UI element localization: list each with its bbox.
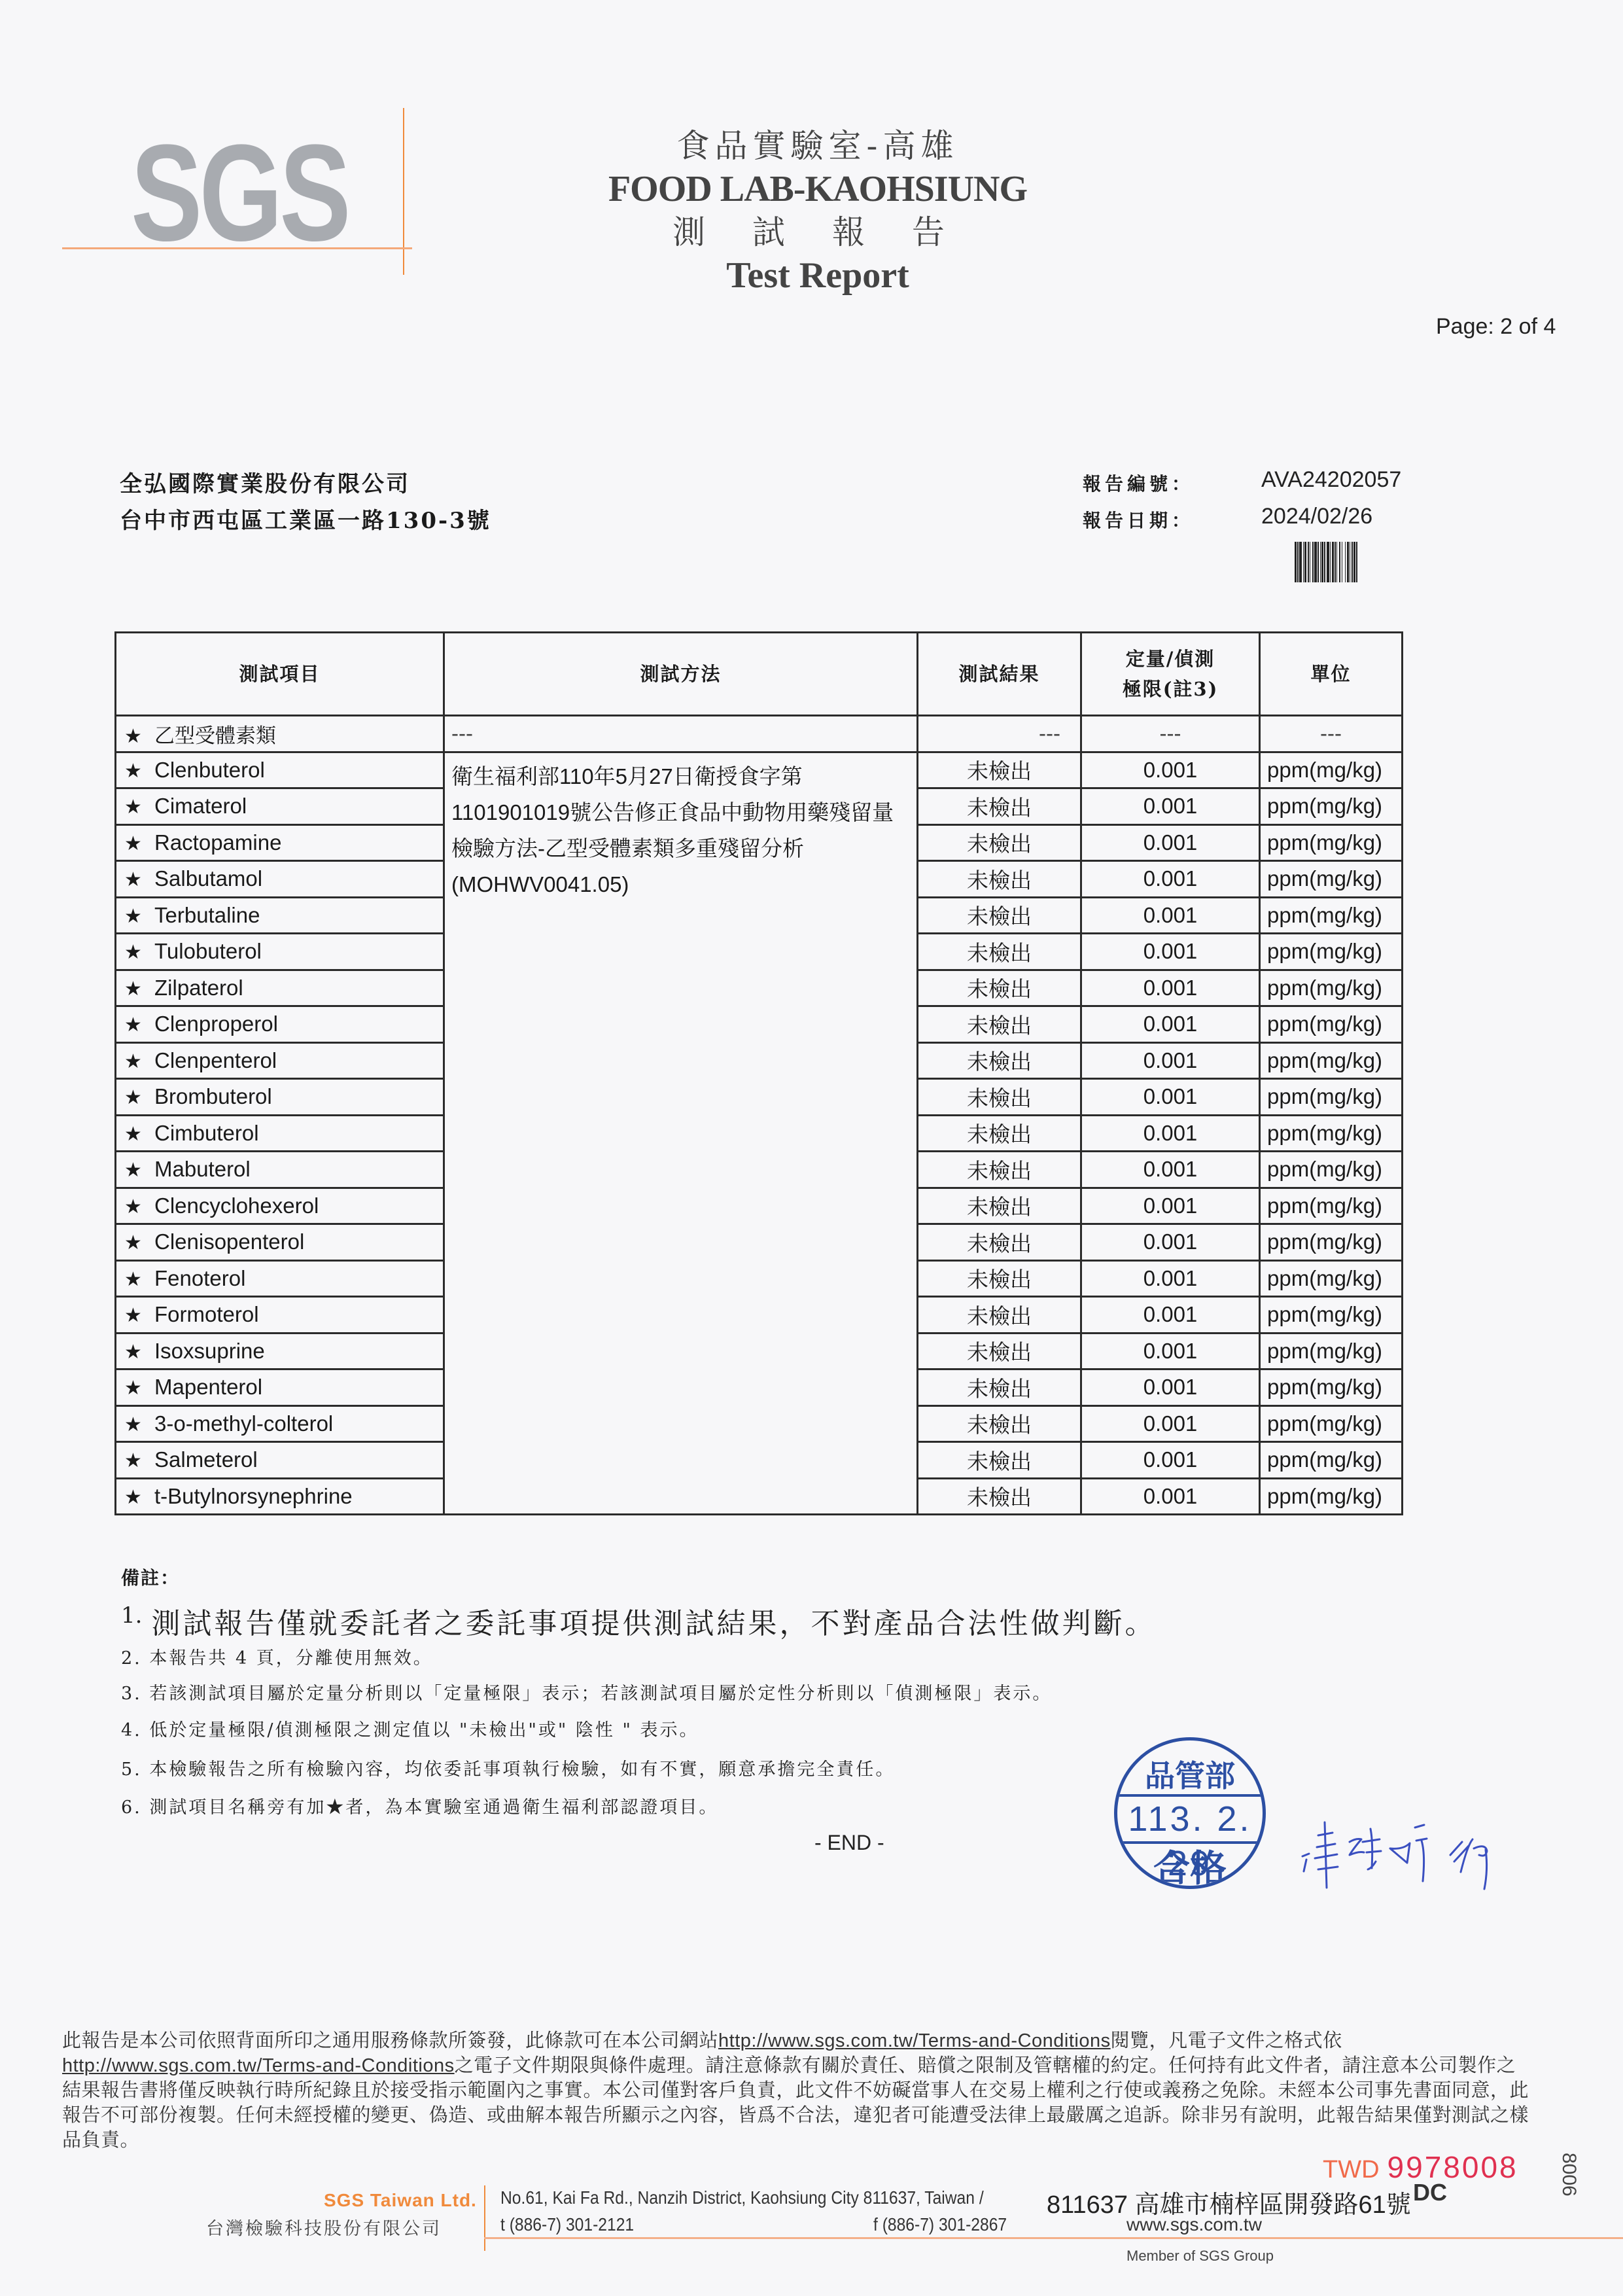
unit: ppm(mg/kg) [1260, 1006, 1403, 1043]
star-icon: ★ [124, 760, 154, 783]
header-limit-line2: 極限(註3) [1082, 674, 1259, 704]
star-icon: ★ [124, 1014, 154, 1036]
test-item-name: Clenisopenterol [154, 1229, 304, 1254]
star-icon: ★ [124, 1377, 154, 1400]
test-result: 未檢出 [918, 1115, 1081, 1152]
header-test-item: 測試項目 [116, 633, 444, 716]
logo-divider-horizontal [62, 247, 412, 249]
detection-limit: 0.001 [1081, 1152, 1260, 1188]
unit: ppm(mg/kg) [1260, 788, 1403, 825]
test-item: ★Clencyclohexerol [116, 1188, 444, 1224]
detection-limit: 0.001 [1081, 752, 1260, 788]
test-item-name: t-Butylnorsynephrine [154, 1484, 353, 1508]
star-icon: ★ [124, 1304, 154, 1327]
test-result: 未檢出 [918, 1224, 1081, 1261]
test-item-name: Tulobuterol [154, 939, 262, 963]
page-indicator: Page: 2 of 4 [1436, 314, 1556, 340]
unit: ppm(mg/kg) [1260, 1333, 1403, 1369]
test-item: ★Clenpenterol [116, 1042, 444, 1079]
barcode-icon [1295, 542, 1510, 582]
client-address: 台中市西屯區工業區一路130-3號 [120, 503, 491, 539]
approval-stamp: 品管部 113. 2. 29 合格 [1114, 1737, 1266, 1889]
test-result: 未檢出 [918, 861, 1081, 898]
header-limit-line1: 定量/偵測 [1082, 644, 1259, 674]
results-table: 測試項目 測試方法 測試結果 定量/偵測 極限(註3) 單位 ★乙型受體素類 -… [114, 631, 1403, 1515]
test-item-name: Ractopamine [154, 830, 281, 855]
footer-divider-vertical [484, 2185, 485, 2251]
category-method: --- [444, 716, 918, 752]
test-result: 未檢出 [918, 970, 1081, 1006]
terms-link[interactable]: http://www.sgs.com.tw/Terms-and-Conditio… [718, 2030, 1111, 2051]
test-result: 未檢出 [918, 1369, 1081, 1406]
unit: ppm(mg/kg) [1260, 970, 1403, 1006]
unit: ppm(mg/kg) [1260, 1079, 1403, 1116]
signature-icon [1299, 1809, 1534, 1894]
test-result: 未檢出 [918, 824, 1081, 861]
test-item: ★Cimaterol [116, 788, 444, 825]
test-result: 未檢出 [918, 1333, 1081, 1369]
star-icon: ★ [124, 1486, 154, 1509]
report-title-block: 食品實驗室-高雄 FOOD LAB-KAOHSIUNG 測 試 報 告 Test… [523, 124, 1112, 297]
detection-limit: 0.001 [1081, 1297, 1260, 1333]
unit: ppm(mg/kg) [1260, 1369, 1403, 1406]
test-result: 未檢出 [918, 1188, 1081, 1224]
detection-limit: 0.001 [1081, 861, 1260, 898]
unit: ppm(mg/kg) [1260, 861, 1403, 898]
test-result: 未檢出 [918, 1297, 1081, 1333]
detection-limit: 0.001 [1081, 1006, 1260, 1043]
star-icon: ★ [124, 1195, 154, 1218]
test-result: 未檢出 [918, 1006, 1081, 1043]
report-number: AVA24202057 [1261, 461, 1401, 498]
header-test-method: 測試方法 [444, 633, 918, 716]
test-result: 未檢出 [918, 1260, 1081, 1297]
star-icon: ★ [124, 868, 154, 891]
notes-title: 備註： [121, 1564, 180, 1590]
star-icon: ★ [124, 1231, 154, 1254]
note-1: 1.測試報告僅就委託者之委託事項提供測試結果，不對產品合法性做判斷。 [121, 1600, 1156, 1642]
test-method: 衛生福利部110年5月27日衛授食字第1101901019號公告修正食品中動物用… [444, 752, 918, 1515]
test-item-name: Cimbuterol [154, 1121, 259, 1145]
test-item-name: Formoterol [154, 1302, 259, 1326]
star-icon: ★ [124, 905, 154, 928]
star-icon: ★ [124, 1050, 154, 1073]
detection-limit: 0.001 [1081, 1260, 1260, 1297]
star-icon: ★ [124, 1159, 154, 1182]
price-amount: 9978008 [1387, 2150, 1518, 2184]
detection-limit: 0.001 [1081, 1369, 1260, 1406]
star-icon: ★ [124, 1123, 154, 1146]
detection-limit: 0.001 [1081, 824, 1260, 861]
star-icon: ★ [124, 1413, 154, 1436]
star-icon: ★ [124, 832, 154, 855]
test-item: ★Clenbuterol [116, 752, 444, 788]
detection-limit: 0.001 [1081, 1478, 1260, 1515]
test-result: 未檢出 [918, 788, 1081, 825]
category-name: 乙型受體素類 [154, 724, 276, 748]
detection-limit: 0.001 [1081, 1333, 1260, 1369]
price-currency: TWD [1323, 2156, 1380, 2183]
report-number-label: 報告編號： [1083, 466, 1194, 503]
test-item-name: Zilpaterol [154, 976, 243, 1000]
note-2: 2. 本報告共 4 頁，分離使用無效。 [121, 1644, 433, 1669]
category-row: ★乙型受體素類 --- --- --- --- [116, 716, 1403, 752]
unit: ppm(mg/kg) [1260, 1442, 1403, 1479]
member-of-group: Member of SGS Group [1126, 2248, 1274, 2265]
test-item: ★Isoxsuprine [116, 1333, 444, 1369]
detection-limit: 0.001 [1081, 1188, 1260, 1224]
dc-mark: DC [1413, 2179, 1447, 2206]
logo-divider-vertical [403, 108, 404, 275]
test-item-name: Clenbuterol [154, 758, 265, 782]
note-5: 5. 本檢驗報告之所有檢驗內容，均依委託事項執行檢驗，如有不實，願意承擔完全責任… [121, 1755, 895, 1780]
test-item: ★t-Butylnorsynephrine [116, 1478, 444, 1515]
test-result: 未檢出 [918, 1478, 1081, 1515]
unit: ppm(mg/kg) [1260, 1405, 1403, 1442]
test-item: ★Brombuterol [116, 1079, 444, 1116]
unit: ppm(mg/kg) [1260, 897, 1403, 934]
detection-limit: 0.001 [1081, 970, 1260, 1006]
star-icon: ★ [124, 725, 154, 748]
star-icon: ★ [124, 1086, 154, 1109]
category-result: --- [918, 716, 1081, 752]
test-item-name: Salmeterol [154, 1447, 258, 1472]
test-result: 未檢出 [918, 752, 1081, 788]
test-item: ★Terbutaline [116, 897, 444, 934]
test-item: ★Mapenterol [116, 1369, 444, 1406]
test-item-name: Clenproperol [154, 1012, 278, 1036]
test-item-name: Clencyclohexerol [154, 1193, 319, 1218]
test-item: ★Formoterol [116, 1297, 444, 1333]
website-link[interactable]: www.sgs.com.tw [1126, 2214, 1262, 2235]
header-unit: 單位 [1260, 633, 1403, 716]
report-title-en: Test Report [523, 254, 1112, 297]
test-item: ★Fenoterol [116, 1260, 444, 1297]
note-6: 6. 測試項目名稱旁有加★者，為本實驗室通過衛生福利部認證項目。 [121, 1793, 718, 1818]
category-limit: --- [1081, 716, 1260, 752]
stamp-date: 113. 2. 29 [1114, 1794, 1266, 1844]
detection-limit: 0.001 [1081, 1224, 1260, 1261]
detection-limit: 0.001 [1081, 1079, 1260, 1116]
company-name-zh: 台灣檢驗科技股份有限公司 [206, 2214, 442, 2240]
unit: ppm(mg/kg) [1260, 1188, 1403, 1224]
report-meta-values: AVA24202057 2024/02/26 [1261, 461, 1401, 535]
footer-divider-horizontal [484, 2237, 1623, 2239]
star-icon: ★ [124, 941, 154, 964]
star-icon: ★ [124, 796, 154, 819]
detection-limit: 0.001 [1081, 1042, 1260, 1079]
test-item-name: Brombuterol [154, 1084, 272, 1108]
stamp-department: 品管部 [1117, 1752, 1263, 1795]
legal-disclaimer: 此報告是本公司依照背面所印之通用服務條款所簽發，此條款可在本公司網站http:/… [62, 2028, 1534, 2153]
client-name: 全弘國際實業股份有限公司 [120, 466, 491, 503]
end-mark: - END - [814, 1831, 884, 1855]
lab-name-zh: 食品實驗室-高雄 [523, 124, 1112, 168]
report-date-label: 報告日期： [1083, 503, 1194, 539]
test-item: ★Mabuterol [116, 1152, 444, 1188]
telephone: t (886-7) 301-2121 [500, 2214, 634, 2235]
star-icon: ★ [124, 1268, 154, 1291]
category-unit: --- [1260, 716, 1403, 752]
detection-limit: 0.001 [1081, 1115, 1260, 1152]
test-item-name: Cimaterol [154, 794, 247, 818]
table-row: ★Clenbuterol衛生福利部110年5月27日衛授食字第110190101… [116, 752, 1403, 788]
test-item: ★Salbutamol [116, 861, 444, 898]
client-info: 全弘國際實業股份有限公司 台中市西屯區工業區一路130-3號 [120, 466, 491, 539]
side-code: 8006 [1558, 2153, 1580, 2197]
test-item-name: Fenoterol [154, 1266, 245, 1290]
test-item: ★Tulobuterol [116, 934, 444, 970]
test-item: ★Clenisopenterol [116, 1224, 444, 1261]
lab-name-en: FOOD LAB-KAOHSIUNG [523, 168, 1112, 211]
unit: ppm(mg/kg) [1260, 1478, 1403, 1515]
report-date: 2024/02/26 [1261, 498, 1401, 535]
report-meta-labels: 報告編號： 報告日期： [1083, 466, 1194, 539]
unit: ppm(mg/kg) [1260, 824, 1403, 861]
star-icon: ★ [124, 1341, 154, 1364]
test-result: 未檢出 [918, 1442, 1081, 1479]
fax: f (886-7) 301-2867 [873, 2214, 1007, 2235]
unit: ppm(mg/kg) [1260, 1224, 1403, 1261]
company-name-en: SGS Taiwan Ltd. [324, 2190, 477, 2211]
star-icon: ★ [124, 1449, 154, 1472]
category-item: ★乙型受體素類 [116, 716, 444, 752]
test-result: 未檢出 [918, 897, 1081, 934]
test-item-name: Salbutamol [154, 866, 262, 891]
header-limit: 定量/偵測 極限(註3) [1081, 633, 1260, 716]
report-title-zh: 測 試 報 告 [523, 211, 1112, 254]
test-item-name: Isoxsuprine [154, 1339, 265, 1363]
header-test-result: 測試結果 [918, 633, 1081, 716]
unit: ppm(mg/kg) [1260, 752, 1403, 788]
test-item-name: Mabuterol [154, 1157, 251, 1181]
star-icon: ★ [124, 978, 154, 1000]
test-result: 未檢出 [918, 1405, 1081, 1442]
test-item-name: Clenpenterol [154, 1048, 277, 1072]
unit: ppm(mg/kg) [1260, 1260, 1403, 1297]
terms-link-2[interactable]: http://www.sgs.com.tw/Terms-and-Conditio… [62, 2055, 455, 2076]
note-4: 4. 低於定量極限/偵測極限之測定值以 "未檢出"或" 陰性 " 表示。 [121, 1716, 699, 1741]
detection-limit: 0.001 [1081, 1442, 1260, 1479]
detection-limit: 0.001 [1081, 788, 1260, 825]
test-item: ★Cimbuterol [116, 1115, 444, 1152]
detection-limit: 0.001 [1081, 934, 1260, 970]
test-item: ★Clenproperol [116, 1006, 444, 1043]
note-3: 3. 若該測試項目屬於定量分析則以「定量極限」表示；若該測試項目屬於定性分析則以… [121, 1679, 1052, 1704]
unit: ppm(mg/kg) [1260, 1152, 1403, 1188]
unit: ppm(mg/kg) [1260, 934, 1403, 970]
test-item: ★3-o-methyl-colterol [116, 1405, 444, 1442]
test-result: 未檢出 [918, 934, 1081, 970]
test-item: ★Ractopamine [116, 824, 444, 861]
test-item-name: Terbutaline [154, 903, 260, 927]
test-item: ★Zilpaterol [116, 970, 444, 1006]
test-result: 未檢出 [918, 1042, 1081, 1079]
unit: ppm(mg/kg) [1260, 1042, 1403, 1079]
unit: ppm(mg/kg) [1260, 1297, 1403, 1333]
sgs-logo: SGS [131, 124, 348, 262]
test-result: 未檢出 [918, 1079, 1081, 1116]
detection-limit: 0.001 [1081, 897, 1260, 934]
stamp-status: 合格 [1117, 1840, 1263, 1889]
unit: ppm(mg/kg) [1260, 1115, 1403, 1152]
table-header-row: 測試項目 測試方法 測試結果 定量/偵測 極限(註3) 單位 [116, 633, 1403, 716]
address-en: No.61, Kai Fa Rd., Nanzih District, Kaoh… [500, 2187, 984, 2208]
test-item: ★Salmeterol [116, 1442, 444, 1479]
test-item-name: Mapenterol [154, 1375, 262, 1399]
test-item-name: 3-o-methyl-colterol [154, 1411, 333, 1436]
test-result: 未檢出 [918, 1152, 1081, 1188]
detection-limit: 0.001 [1081, 1405, 1260, 1442]
